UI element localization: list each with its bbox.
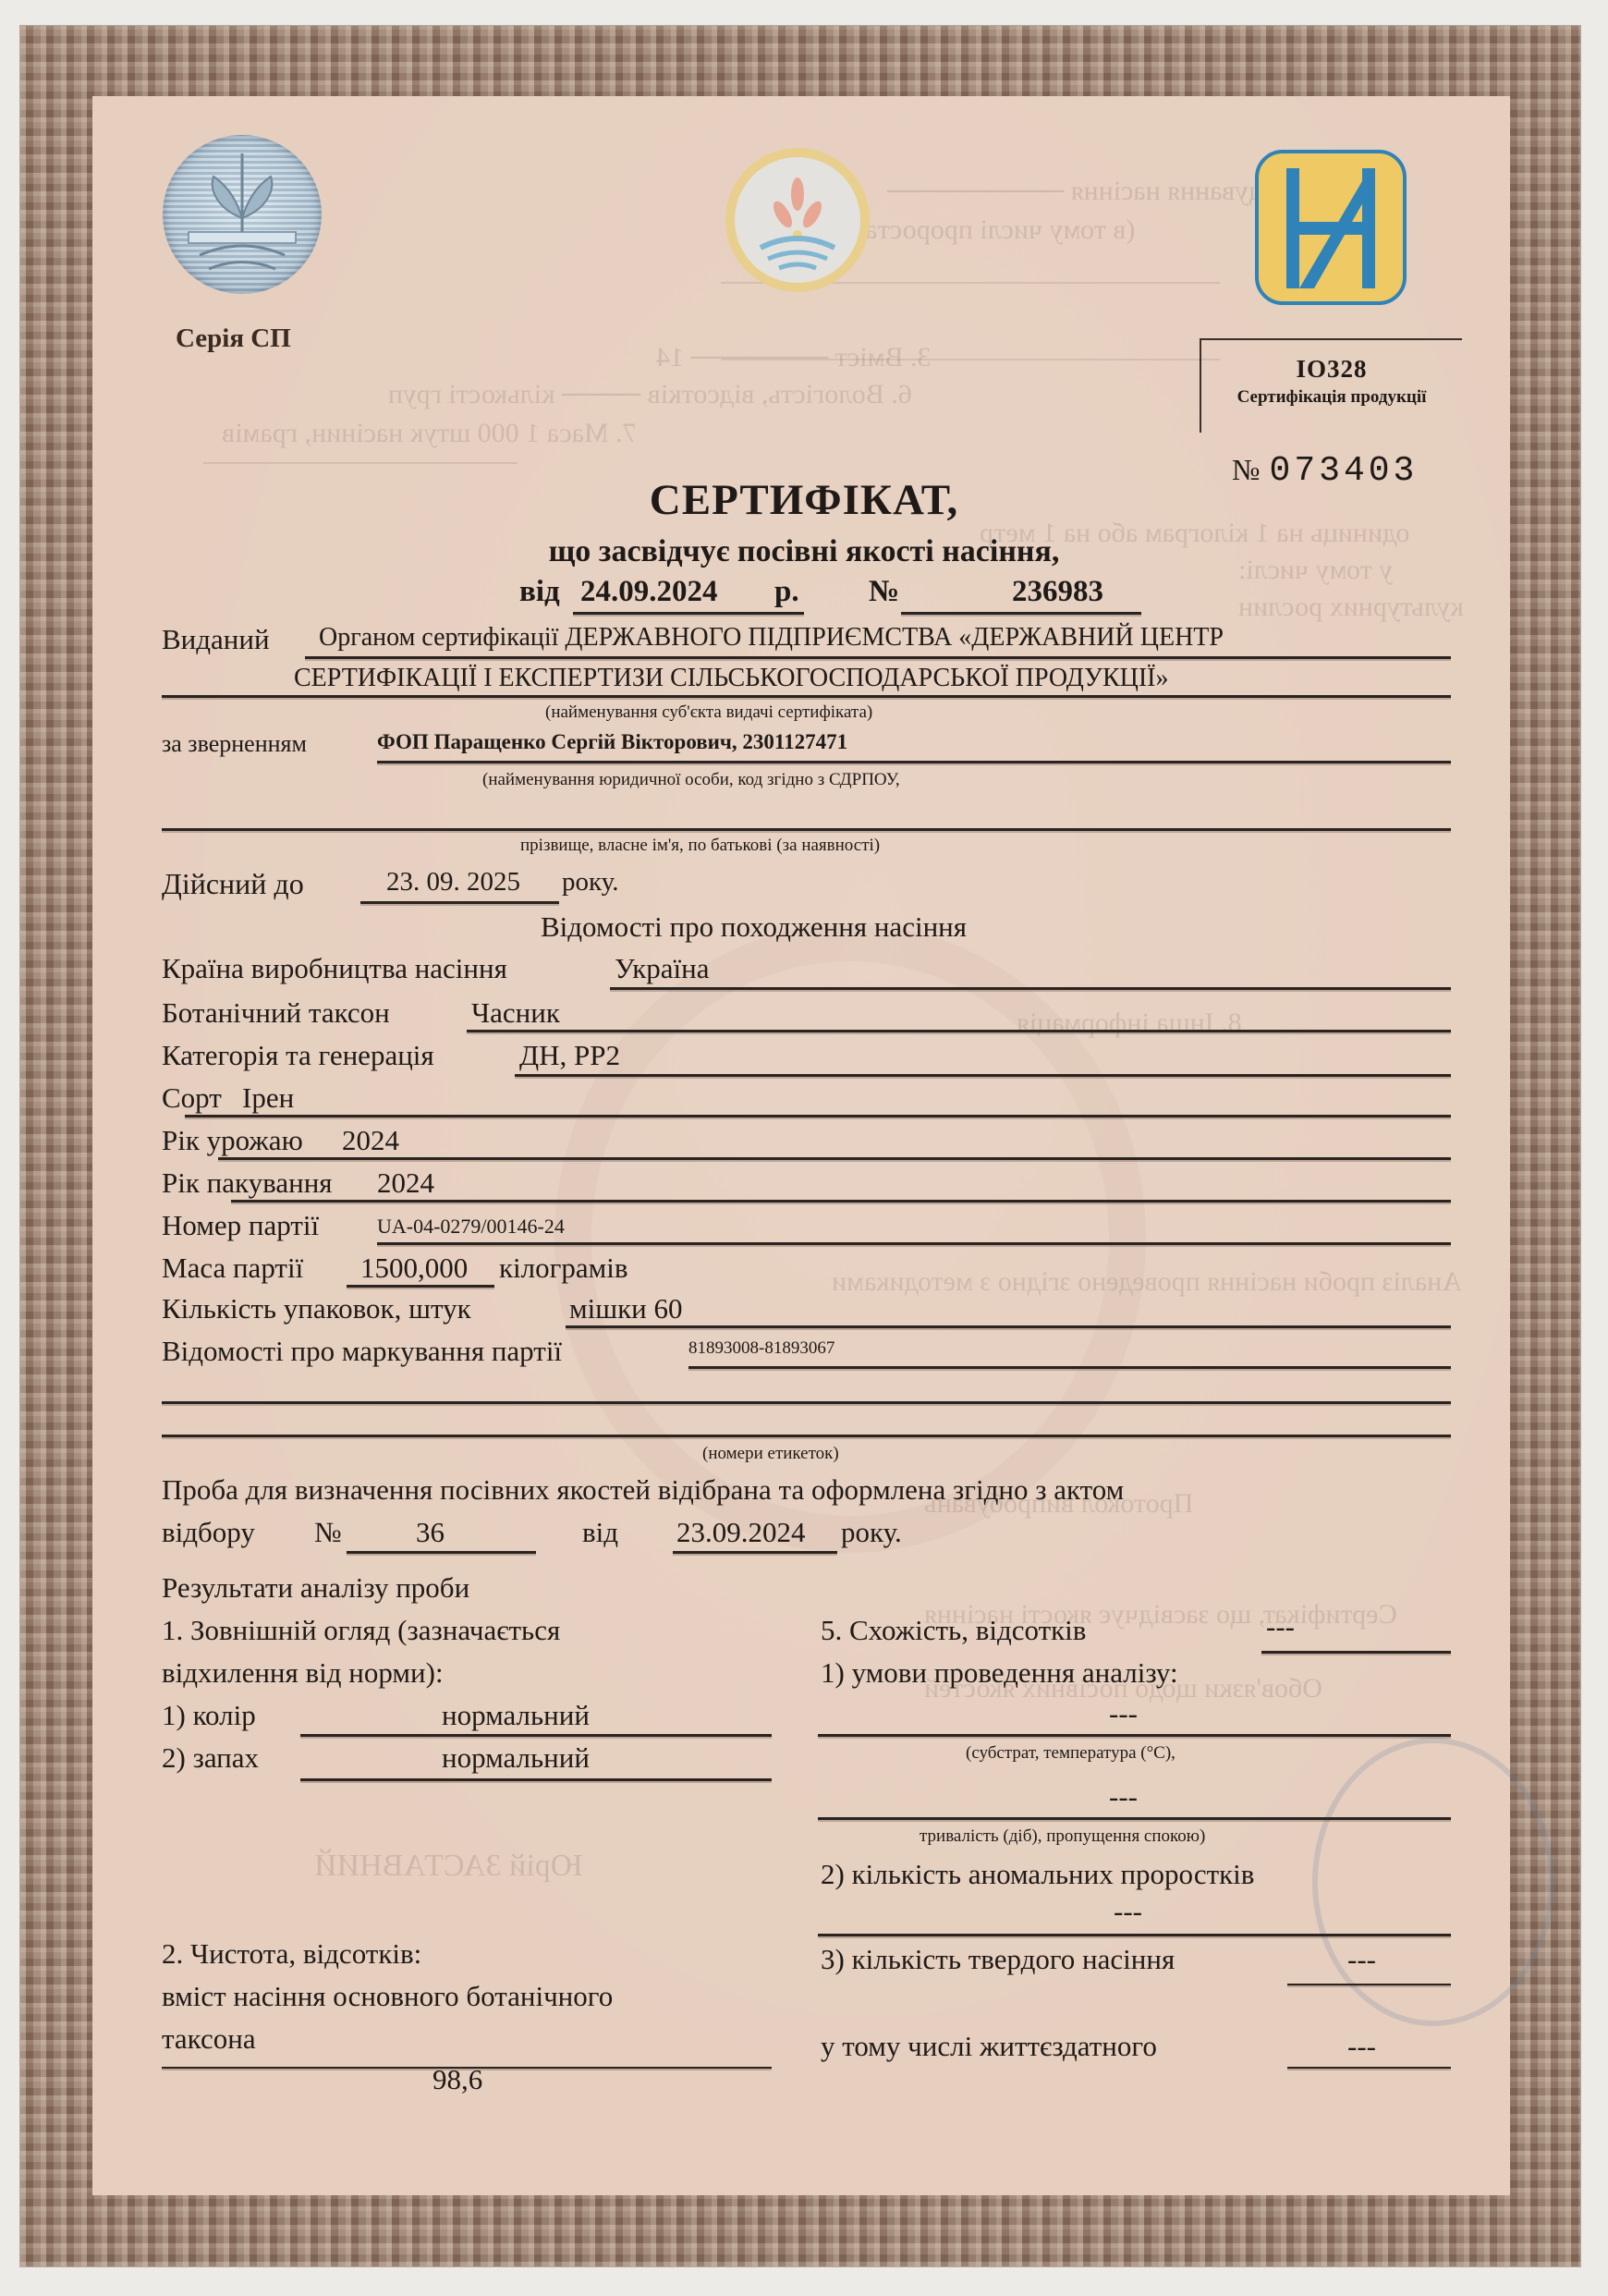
sample-label: відбору — [162, 1516, 255, 1549]
lot-mass-label: Маса партії — [162, 1252, 303, 1285]
underline — [566, 1325, 1451, 1328]
ghost-text: 3. Вміст ─────── 14 — [656, 342, 932, 373]
ghost-line — [721, 359, 1220, 360]
ghost-text: 6. Вологість, відсотків ──── кількості г… — [388, 379, 912, 410]
wheat-sprout-icon — [735, 157, 860, 283]
watermark — [554, 924, 1146, 1553]
abnormal-value: --- — [1114, 1895, 1142, 1928]
sample-number-symbol: № — [314, 1516, 342, 1549]
harvest-year-label: Рік урожаю — [162, 1124, 303, 1157]
valid-until-suffix: року. — [562, 867, 619, 898]
packages-value: мішки 60 — [569, 1292, 683, 1325]
conditions-value: --- — [1109, 1697, 1138, 1730]
purity-sub-2: таксона — [162, 2022, 256, 2056]
underline — [347, 1551, 536, 1554]
applicant-label: за зверненням — [162, 730, 307, 758]
number-symbol: № — [869, 575, 899, 609]
underline — [377, 761, 1451, 763]
harvest-year-value: 2024 — [342, 1124, 399, 1157]
underline — [515, 1074, 1451, 1077]
page-subtitle: що засвідчує посівні якості насіння, — [0, 534, 1608, 569]
results-heading: Результати аналізу проби — [162, 1571, 469, 1605]
origin-heading: Відомості про походження насіння — [541, 910, 967, 944]
issuer-label: Виданий — [162, 623, 270, 656]
underline — [688, 1366, 1451, 1369]
underline — [162, 1401, 1451, 1404]
valid-until-date: 23. 09. 2025 — [386, 867, 520, 898]
ministry-logo — [725, 148, 870, 292]
date-prefix: від — [519, 575, 560, 609]
sample-date: 23.09.2024 — [676, 1516, 806, 1549]
country-value: Україна — [615, 952, 710, 985]
lot-number-label: Номер партії — [162, 1209, 319, 1242]
underline — [818, 1734, 1451, 1737]
series-label: Серія СП — [176, 324, 291, 354]
certificate-date: 24.09.2024 — [580, 575, 718, 609]
underline — [818, 1817, 1451, 1820]
category-label: Категорія та генерація — [162, 1039, 434, 1072]
sample-date-suffix: року. — [841, 1516, 902, 1549]
lot-mass-value: 1500,000 — [360, 1252, 468, 1285]
sample-date-prefix: від — [582, 1516, 618, 1549]
issuer-line-2: СЕРТИФІКАЦІЇ І ЕКСПЕРТИЗИ СІЛЬСЬКОГОСПОД… — [294, 664, 1169, 693]
underline — [1287, 2067, 1451, 2069]
underline — [1261, 1651, 1451, 1654]
underline — [162, 2067, 772, 2069]
applicant-value: ФОП Паращенко Сергій Вікторович, 2301127… — [377, 730, 847, 754]
underline — [185, 1115, 1451, 1117]
underline — [162, 695, 1451, 698]
underline — [162, 828, 1451, 831]
appearance-title-2: відхилення від норми): — [162, 1656, 444, 1690]
germination-title: 5. Схожість, відсотків — [821, 1614, 1086, 1647]
appearance-title-1: 1. Зовнішній огляд (зазначається — [162, 1614, 560, 1647]
lot-mass-unit: кілограмів — [499, 1252, 628, 1285]
underline — [377, 1242, 1451, 1245]
duration-value: --- — [1109, 1780, 1138, 1814]
packages-label: Кількість упаковок, штук — [162, 1292, 471, 1325]
underline — [360, 901, 559, 904]
labelling-value: 81893008-81893067 — [688, 1338, 834, 1359]
page-title: СЕРТИФІКАТ, — [0, 475, 1608, 525]
underline — [300, 1734, 772, 1737]
duration-caption: тривалість (діб), пропущення спокою) — [920, 1826, 1205, 1847]
underline — [610, 987, 1451, 990]
underline — [1287, 1984, 1451, 1985]
category-value: ДН, РР2 — [519, 1039, 620, 1072]
hard-seed-value: --- — [1347, 1943, 1376, 1976]
underline — [231, 1200, 1451, 1203]
ghost-line — [203, 462, 518, 464]
taxon-label: Ботанічний таксон — [162, 996, 390, 1030]
purity-title: 2. Чистота, відсотків: — [162, 1937, 421, 1971]
packing-year-value: 2024 — [377, 1166, 434, 1200]
cert-body-box: IO328 Сертифікація продукції — [1200, 338, 1462, 433]
taxon-value: Часник — [471, 996, 560, 1030]
germination-value: --- — [1266, 1610, 1295, 1643]
ghost-text: культурних рослин — [1238, 592, 1464, 623]
hologram-seal — [163, 135, 322, 294]
hard-seed-label: 3) кількість твердого насіння — [821, 1943, 1175, 1976]
certification-mark-logo — [1255, 150, 1407, 305]
underline — [305, 656, 1451, 659]
underline — [573, 612, 804, 615]
lot-number-value: UA-04-0279/00146-24 — [377, 1215, 565, 1239]
smell-value: нормальний — [442, 1741, 590, 1775]
viable-label: у тому числі життєздатного — [821, 2030, 1157, 2063]
issuer-line-1: Органом сертифікації ДЕРЖАВНОГО ПІДПРИЄМ… — [319, 623, 1224, 653]
underline — [300, 1778, 772, 1781]
abnormal-label: 2) кількість аномальних проростків — [821, 1858, 1254, 1891]
color-value: нормальний — [442, 1699, 590, 1732]
certificate-number: 236983 — [1012, 575, 1103, 609]
packing-year-label: Рік пакування — [162, 1166, 333, 1200]
underline — [162, 1435, 1451, 1437]
sample-text: Проба для визначення посівних якостей ві… — [162, 1473, 1124, 1507]
ghost-text: Юрій ЗАСТАВНИЙ — [314, 1849, 583, 1884]
variety-value: Ірен — [242, 1081, 294, 1115]
applicant-caption-1: (найменування юридичної особи, код згідн… — [482, 770, 900, 790]
underline — [347, 1285, 494, 1288]
underline — [673, 1551, 837, 1554]
underline — [901, 612, 1141, 615]
conditions-label: 1) умови проведення аналізу: — [821, 1656, 1178, 1690]
ia-mark-icon — [1259, 153, 1403, 301]
sample-number: 36 — [416, 1516, 445, 1549]
issuer-caption: (найменування суб'єкта видачі сертифікат… — [545, 702, 872, 723]
country-label: Країна виробництва насіння — [162, 952, 507, 985]
purity-sub-1: вміст насіння основного ботанічного — [162, 1980, 613, 2013]
viable-value: --- — [1347, 2030, 1376, 2063]
hologram-icon — [163, 135, 322, 294]
valid-until-label: Дійсний до — [162, 867, 304, 901]
variety-label: Сорт — [162, 1081, 222, 1115]
color-label: 1) колір — [162, 1699, 256, 1732]
labels-caption: (номери етикеток) — [702, 1444, 839, 1464]
cert-body-code: IO328 — [1201, 355, 1462, 384]
underline — [218, 1157, 1451, 1160]
applicant-caption-2: прізвище, власне ім'я, по батькові (за н… — [520, 836, 880, 856]
underline — [818, 1934, 1451, 1936]
smell-label: 2) запах — [162, 1741, 259, 1775]
underline — [467, 1030, 1451, 1032]
cert-body-label: Сертифікація продукції — [1201, 387, 1462, 408]
date-suffix: р. — [774, 575, 799, 609]
ghost-text: 7. Маса 1 000 штук насінин, грамів — [222, 418, 637, 449]
conditions-caption: (субстрат, температура (°С), — [966, 1743, 1176, 1764]
labelling-label: Відомості про маркування партії — [162, 1335, 562, 1368]
